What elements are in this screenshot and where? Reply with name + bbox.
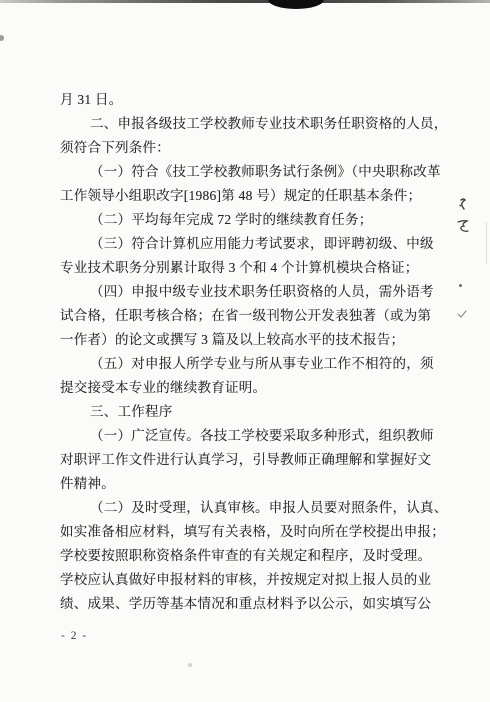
scan-speck xyxy=(188,663,192,667)
scan-speck xyxy=(0,35,4,41)
binder-shadow-blob xyxy=(268,0,324,9)
text-line: （一）广泛宣传。各技工学校要采取多种形式，组织教师 xyxy=(60,424,436,448)
document-body: 月 31 日。 二、申报各级技工学校教师专业技术职务任职资格的人员， 须符合下列… xyxy=(60,88,436,616)
text-line: 件精神。 xyxy=(60,472,436,496)
text-line: （二）平均每年完成 72 学时的继续教育任务； xyxy=(60,208,436,232)
text-line: 三、工作程序 xyxy=(60,400,436,424)
text-line: 工作领导小组职改字[1986]第 48 号）规定的任职基本条件； xyxy=(60,184,436,208)
text-line: （五）对申报人所学专业与所从事专业工作不相符的，须 xyxy=(60,352,436,376)
scanned-document-page: { "page": { "kind": "scanned-official-do… xyxy=(0,0,490,702)
text-line: 专业技术职务分别累计取得 3 个和 4 个计算机模块合格证； xyxy=(60,256,436,280)
text-line: 月 31 日。 xyxy=(60,88,436,112)
text-line: （一）符合《技工学校教师职务试行条例》（中央职称改革 xyxy=(60,160,436,184)
text-line: 学校应认真做好申报材料的审核，并按规定对拟上报人员的业 xyxy=(60,568,436,592)
scan-speck xyxy=(459,284,462,287)
scan-edge-shadow xyxy=(0,0,490,3)
text-line: 学校要按照职称资格条件审查的有关规定和程序，及时受理。 xyxy=(60,544,436,568)
text-line: 如实准备相应材料，填写有关表格，及时向所在学校提出申报； xyxy=(60,520,436,544)
text-line: 二、申报各级技工学校教师专业技术职务任职资格的人员， xyxy=(60,112,436,136)
text-line: （四）申报中级专业技术职务任职资格的人员，需外语考 xyxy=(60,280,436,304)
text-line: 须符合下列条件： xyxy=(60,136,436,160)
text-line: （二）及时受理，认真审核。申报人员要对照条件，认真、 xyxy=(60,496,436,520)
ink-mark-tick xyxy=(456,309,468,319)
page-number: - 2 - xyxy=(61,630,88,642)
text-line: 对职评工作文件进行认真学习，引导教师正确理解和掌握好文 xyxy=(60,448,436,472)
scan-edge-streak xyxy=(486,222,487,264)
text-line: 绩、成果、学历等基本情况和重点材料予以公示，如实填写公 xyxy=(60,592,436,616)
text-line: 一作者）的论文或撰写 3 篇及以上较高水平的技术报告； xyxy=(60,328,436,352)
ink-mark-squiggles xyxy=(454,196,472,238)
text-line: 提交接受本专业的继续教育证明。 xyxy=(60,376,436,400)
text-line: 试合格，任职考核合格；在省一级刊物公开发表独著（或为第 xyxy=(60,304,436,328)
text-line: （三）符合计算机应用能力考试要求，即评聘初级、中级 xyxy=(60,232,436,256)
